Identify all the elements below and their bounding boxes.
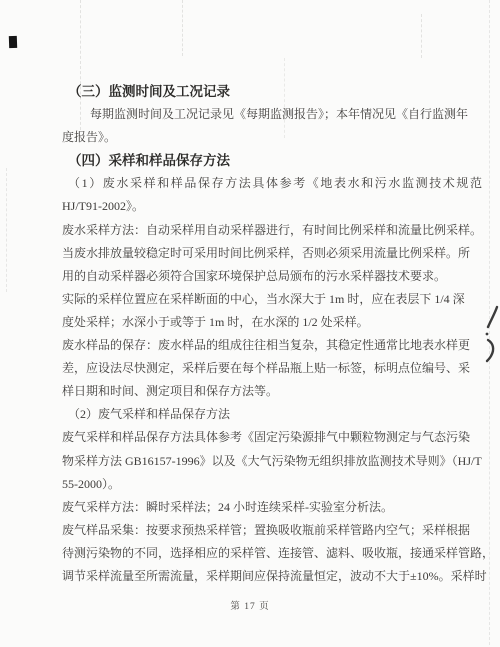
text-line: 调节采样流量至所需流量，采样期间应保持流量恒定，波动不大于±10%。采样时 [62,565,474,588]
text-line: 差，应设法尽快测定，采样后要在每个样品瓶上贴一标签，标明点位编号、采 [62,357,474,380]
section-heading: （四）采样和样品保存方法 [62,149,474,172]
text-line: 55-2000）。 [62,473,474,496]
text-line: 用的自动采样器必须符合国家环境保护总局颁布的污水采样器技术要求。 [62,265,474,288]
scanned-document-page: （三）监测时间及工况记录每期监测时间及工况记录见《每期监测报告》；本年情况见《自… [0,0,500,647]
document-content: （三）监测时间及工况记录每期监测时间及工况记录见《每期监测报告》；本年情况见《自… [62,80,474,588]
text-line: 度处采样；水深小于或等于 1m 时，在水深的 1/2 处采样。 [62,311,474,334]
text-line: HJ/T91-2002》。 [62,195,474,218]
text-line: 每期监测时间及工况记录见《每期监测报告》；本年情况见《自行监测年 [62,103,474,126]
text-line: 废气样品采集：按要求预热采样管；置换吸收瓶前采样管路内空气；采样根据 [62,519,474,542]
section-heading: （三）监测时间及工况记录 [62,80,474,103]
ink-smudge [483,305,500,363]
text-line: （1）废水采样和样品保存方法具体参考《地表水和污水监测技术规范 [62,172,474,195]
text-line: 物采样方法 GB16157-1996》以及《大气污染物无组织排放监测技术导则》（… [62,450,474,473]
text-line: （2）废气采样和样品保存方法 [62,403,474,426]
text-line: 实际的采样位置应在采样断面的中心，当水深大于 1m 时，应在表层下 1/4 深 [62,288,474,311]
page-number: 第 17 页 [0,598,500,612]
text-line: 待测污染物的不同，选择相应的采样管、连接管、滤料、吸收瓶，接通采样管路， [62,542,474,565]
text-line: 废水采样方法：自动采样用自动采样器进行，有时间比例采样和流量比例采样。 [62,219,474,242]
text-line: 当废水排放量较稳定时可采用时间比例采样，否则必须采用流量比例采样。所 [62,242,474,265]
scan-fold-line [6,168,7,292]
text-line: 废水样品的保存：废水样品的组成往往相当复杂，其稳定性通常比地表水样更 [62,334,474,357]
scan-fold-line [421,14,422,58]
text-line: 样日期和时间、测定项目和保存方法等。 [62,380,474,403]
text-line: 废气采样和样品保存方法具体参考《固定污染源排气中颗粒物测定与气态污染 [62,426,474,449]
scan-fold-line [182,0,183,56]
text-line: 度报告》。 [62,126,474,149]
text-line: 废气采样方法：瞬时采样法；24 小时连续采样-实验室分析法。 [62,496,474,519]
scan-artifact-black-mark [9,36,17,48]
